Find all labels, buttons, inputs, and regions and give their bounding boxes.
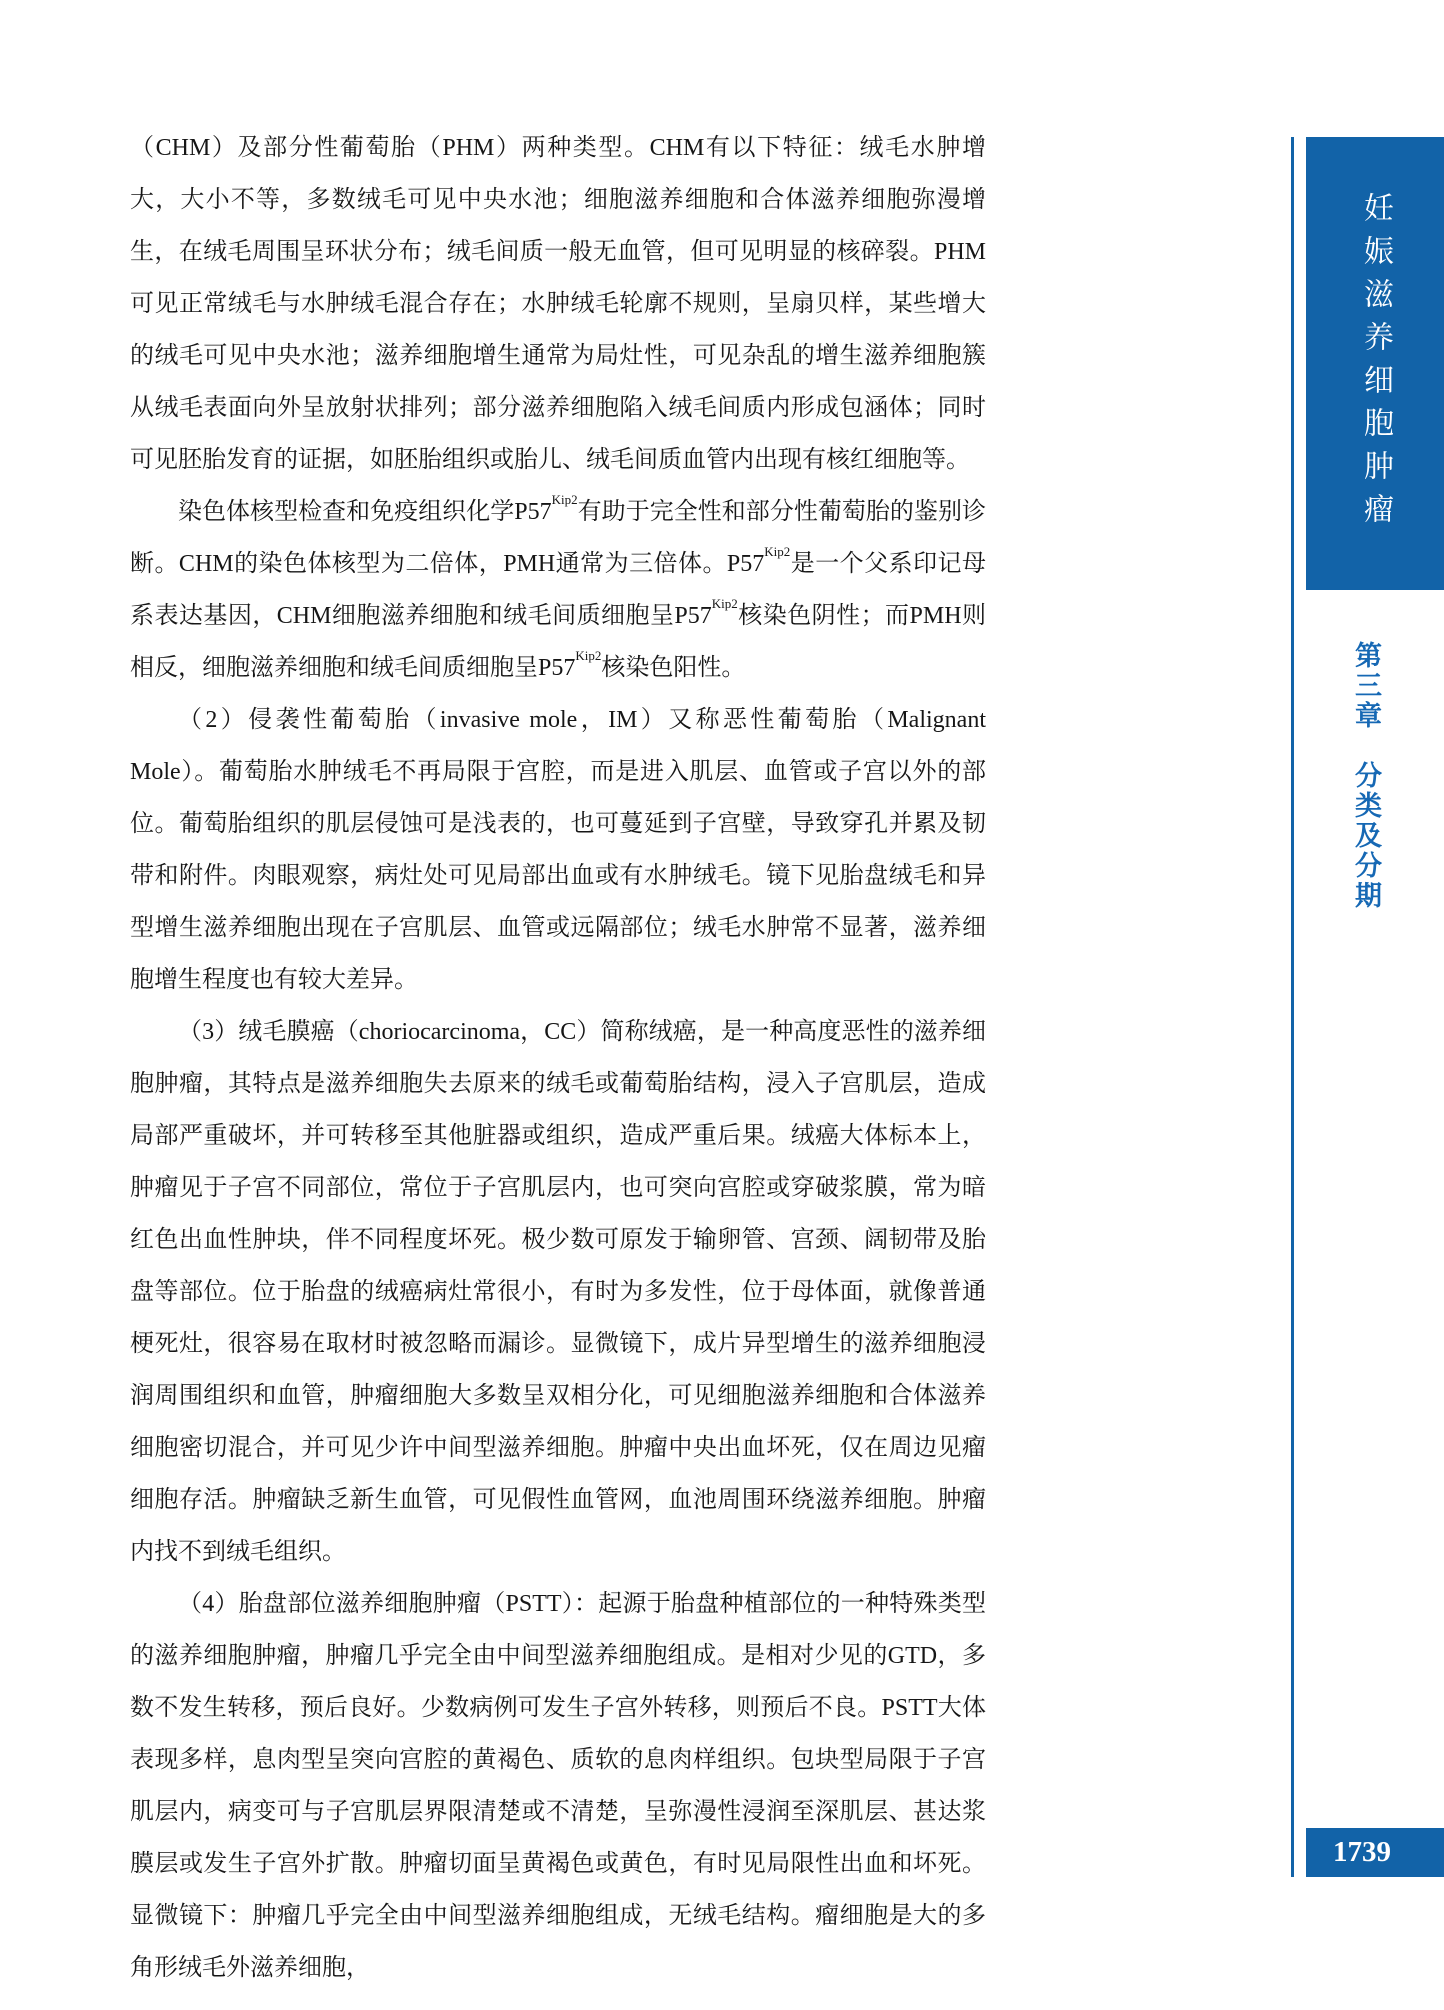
sidebar-divider-line <box>1291 137 1294 1877</box>
text-run: （3）绒毛膜癌（choriocarcinoma，CC）简称绒癌，是一种高度恶性的… <box>130 1019 986 1565</box>
paragraph: （CHM）及部分性葡萄胎（PHM）两种类型。CHM有以下特征：绒毛水肿增大，大小… <box>130 122 986 486</box>
body-text: （CHM）及部分性葡萄胎（PHM）两种类型。CHM有以下特征：绒毛水肿增大，大小… <box>130 122 986 1994</box>
superscript-text: Kip2 <box>712 596 738 611</box>
paragraph: （2）侵袭性葡萄胎（invasive mole，IM）又称恶性葡萄胎（Malig… <box>130 694 986 1006</box>
paragraph: 染色体核型检查和免疫组织化学P57Kip2有助于完全性和部分性葡萄胎的鉴别诊断。… <box>130 486 986 694</box>
text-run: 核染色阳性。 <box>601 655 745 681</box>
text-run: （2）侵袭性葡萄胎（invasive mole，IM）又称恶性葡萄胎（Malig… <box>130 707 986 993</box>
superscript-text: Kip2 <box>575 648 601 663</box>
text-run: 染色体核型检查和免疫组织化学P57 <box>178 499 552 525</box>
sidebar-section-title-box: 妊娠滋养细胞肿瘤 <box>1306 137 1444 590</box>
paragraph: （3）绒毛膜癌（choriocarcinoma，CC）简称绒癌，是一种高度恶性的… <box>130 1006 986 1578</box>
page-number: 1739 <box>1333 1836 1391 1869</box>
superscript-text: Kip2 <box>552 492 578 507</box>
text-run: （4）胎盘部位滋养细胞肿瘤（PSTT）：起源于胎盘种植部位的一种特殊类型的滋养细… <box>130 1591 986 1981</box>
page-number-box: 1739 <box>1306 1828 1444 1877</box>
text-run: （CHM）及部分性葡萄胎（PHM）两种类型。CHM有以下特征：绒毛水肿增大，大小… <box>130 135 986 473</box>
chapter-label: 第三章 分类及分期 <box>1346 641 1386 911</box>
sidebar-section-title: 妊娠滋养细胞肿瘤 <box>1360 192 1390 536</box>
superscript-text: Kip2 <box>764 544 790 559</box>
paragraph: （4）胎盘部位滋养细胞肿瘤（PSTT）：起源于胎盘种植部位的一种特殊类型的滋养细… <box>130 1578 986 1994</box>
book-page: （CHM）及部分性葡萄胎（PHM）两种类型。CHM有以下特征：绒毛水肿增大，大小… <box>0 0 1444 2010</box>
